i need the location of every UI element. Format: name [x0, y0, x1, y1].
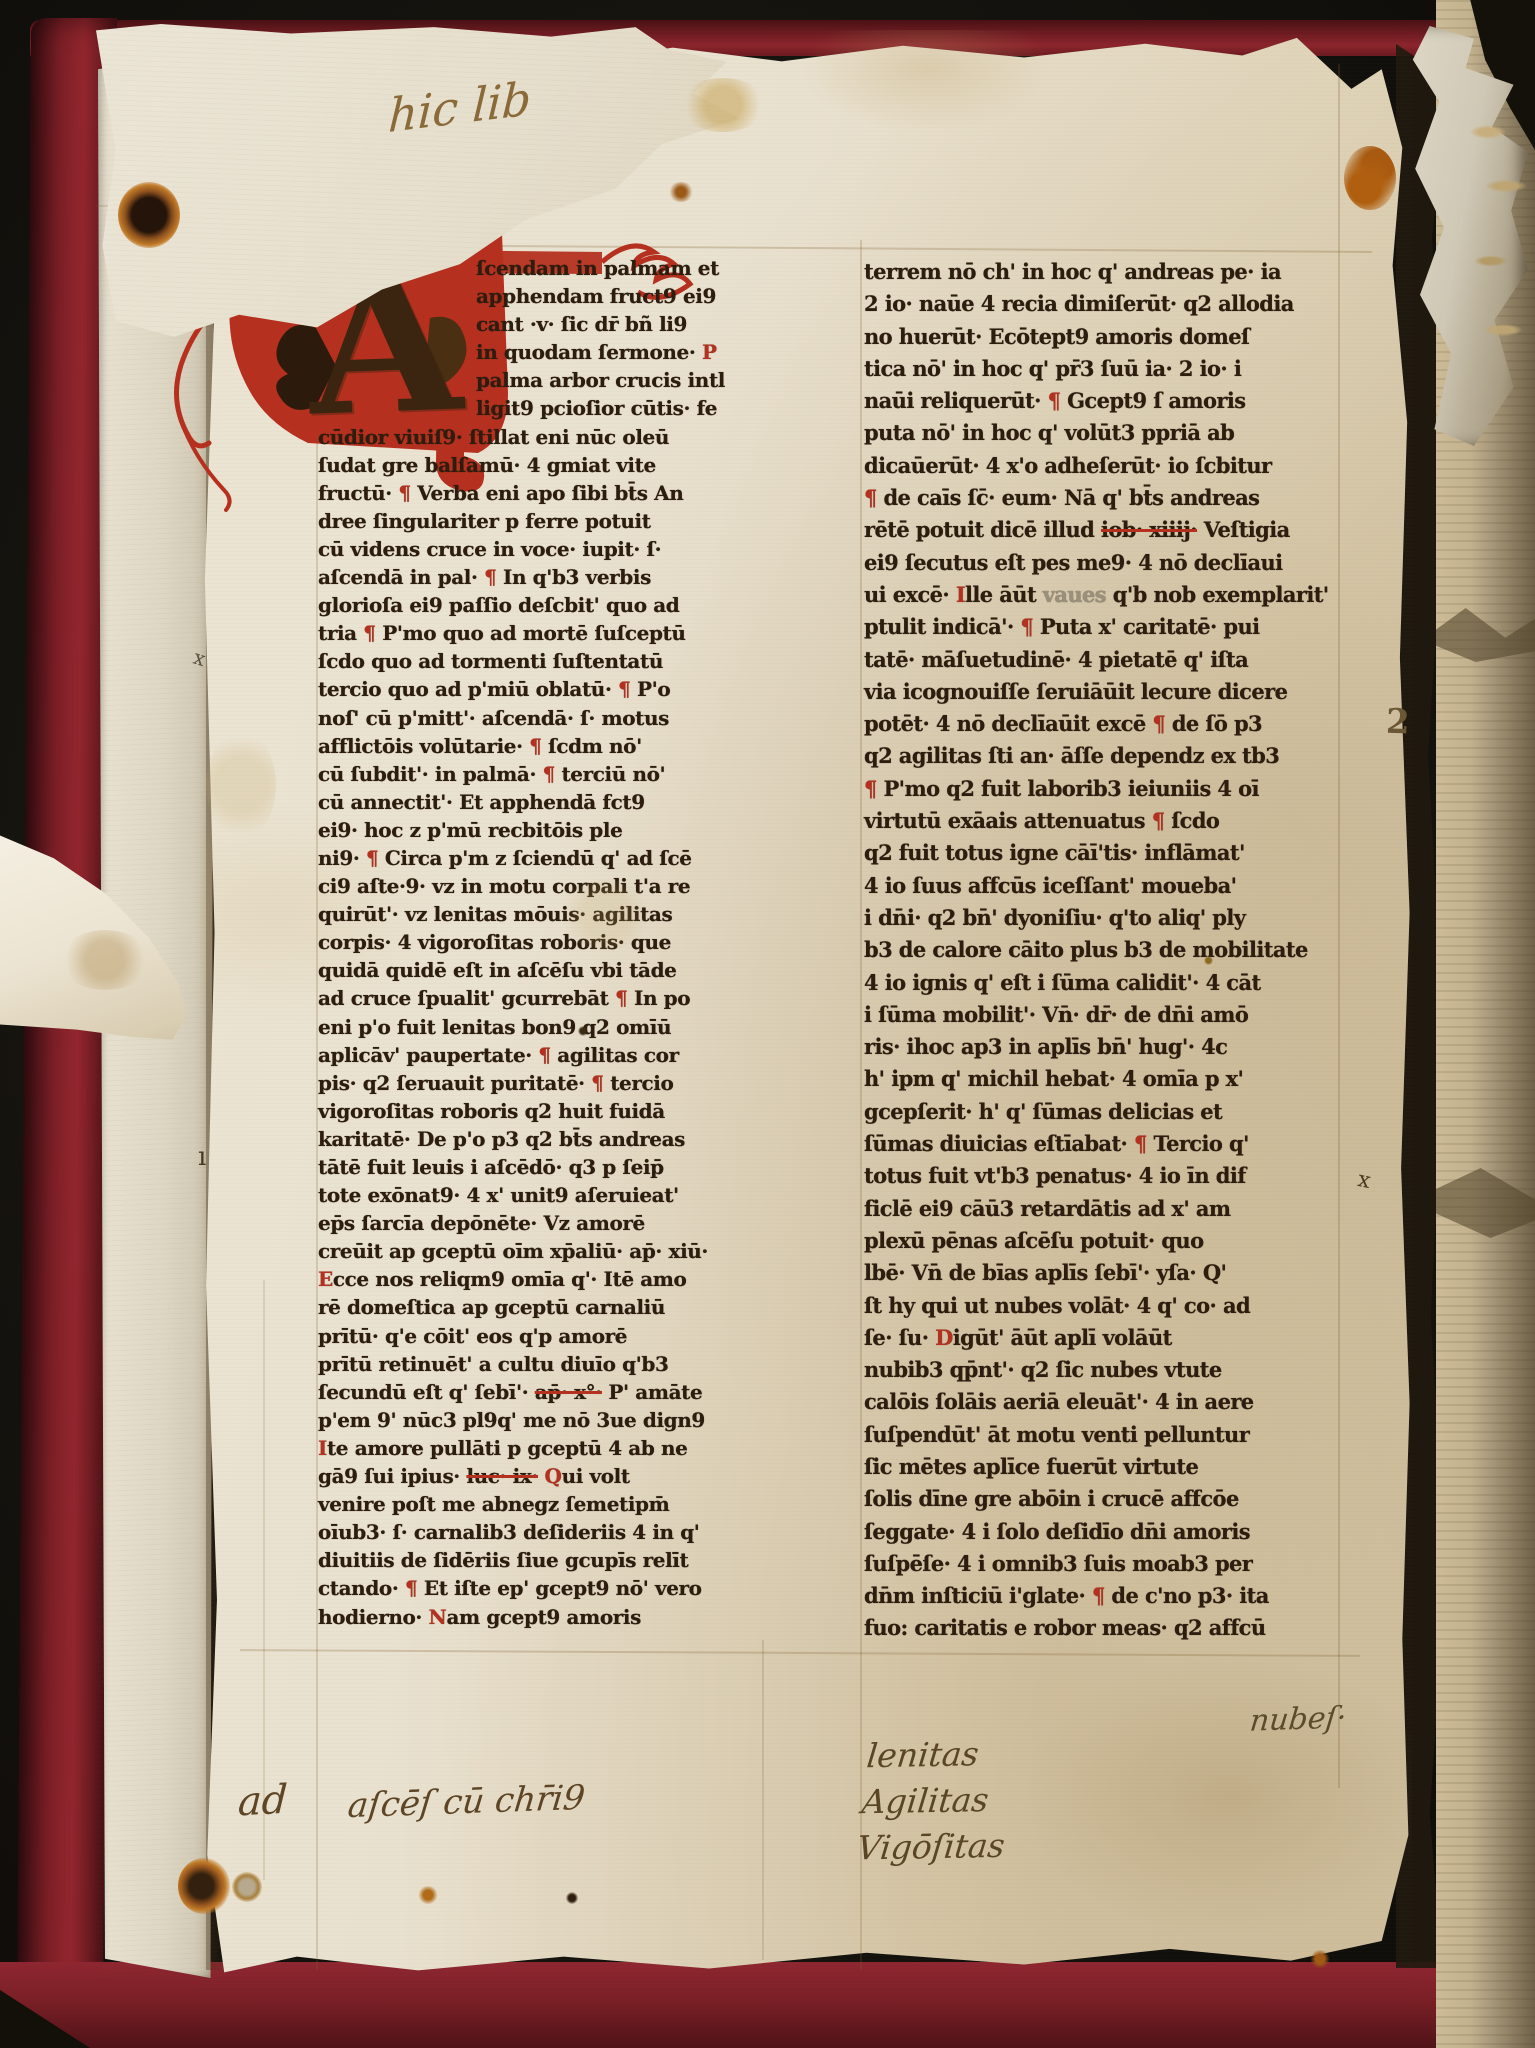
rubric: ¶ [615, 986, 627, 1010]
text-line: ad cruce ſpualit' gcurrebāt ¶ In po [318, 984, 770, 1012]
text-line: dn̄m inſticiū i'glate· ¶ de c'no p3· ita [864, 1580, 1344, 1612]
text-line: p'em 9' nūc3 pl9q' me nō 3ue dign9 [318, 1406, 770, 1434]
text-line: tātē fuit leuis i aſcēdō· q3 p ſeip̄ [318, 1153, 770, 1181]
text-line: quirūt'· vz lenitas mōuis· agilitas [318, 900, 770, 928]
text-line: b3 de calore cāito plus b3 de mobilitate [864, 934, 1344, 966]
text-line: ſolis dīne gre abōin i crucē affcōe [864, 1483, 1344, 1515]
text-line: vigoroſitas roboris q2 huit fuidā [318, 1097, 770, 1125]
text-line: plexū pēnas aſcēſu potuit· quo [864, 1225, 1344, 1257]
rust-dot [418, 1886, 438, 1904]
text-line: no huerūt· Ecōtept9 amoris domeſ [864, 321, 1344, 353]
text-line: rētē potuit dicē illud iob· xiiij· Veſti… [864, 514, 1344, 546]
text-line: prītū retinuēt' a cultu diuīo q'b3 [318, 1350, 770, 1378]
margin-note-ad: ad [237, 1777, 289, 1826]
text-line: ſūmas diuicias eſtīabat· ¶ Tercio q' [864, 1128, 1344, 1160]
text-line: puta nō' in hoc q' volūt3 ppriā ab [864, 417, 1344, 449]
pale-stain [232, 1872, 262, 1902]
rubric: ¶ [366, 846, 378, 870]
text-line: afflictōis volūtarie· ¶ ſcdm nō' [318, 732, 770, 760]
margin-note-nubes: nubeſ· [1248, 1700, 1348, 1739]
text-line: eni p'o fuit lenitas bon9 q2 omīū [318, 1013, 770, 1041]
keyword-vigorositas: Vigōſitas [855, 1823, 1007, 1872]
text-line: ficlē ei9 cāū3 retardātis ad x' am [864, 1193, 1344, 1225]
text-line: q2 agilitas ſti an· āſſe dependz ex tb3 [864, 740, 1344, 772]
text-line: ſe· ſu· Digūt' āūt aplī volāūt [864, 1322, 1344, 1354]
text-line: ſudat gre balſamū· 4 gmiat vite [318, 451, 770, 479]
text-line: ei9· hoc z p'mū recbitōis ple [318, 816, 770, 844]
text-line: noſ' cū p'mitt'· aſcendā· ſ· motus [318, 704, 770, 732]
text-line: tote exōnat9· 4 x' unit9 aſeruieat' [318, 1181, 770, 1209]
text-line: ui excē· Ille āūt vaues q'b nob exemplar… [864, 579, 1344, 611]
rubric: I [318, 1436, 327, 1460]
text-line: cant ·v· ſic dr̄ bñ li9 [318, 310, 770, 338]
text-line: lbē· Vn̄ de bīas aplīs ſebī'· yſa· Q' [864, 1257, 1344, 1289]
text-line: ¶ de caīs ſc̄· eum· Nā q' bt̄s andreas [864, 482, 1344, 514]
text-line: i dn̄i· q2 bn̄' dyoniſiu· q'to aliq' ply [864, 902, 1344, 934]
faded-ink: vaues [1043, 582, 1106, 607]
text-line: ptulit indicā'· ¶ Puta x' caritatē· pui [864, 611, 1344, 643]
text-line: q2 fuit totus igne cāī'tis· inflāmat' [864, 837, 1344, 869]
text-line: pis· q2 ſeruauit puritatē· ¶ tercio [318, 1069, 770, 1097]
margin-keywords: lenitas Agilitas Vigōſitas [855, 1731, 1017, 1872]
rubric: D [935, 1325, 953, 1350]
text-line: ſic mētes aplīce fuerūt virtute [864, 1451, 1344, 1483]
text-line: hodierno· Nam gcept9 amoris [318, 1603, 770, 1631]
text-line: cū ſubdit'· in palmā· ¶ terciū nō' [318, 760, 770, 788]
text-line: totus fuit vt'b3 penatus· 4 io īn dif [864, 1160, 1344, 1192]
text-line: ſcdo quo ad tormenti ſuſtentatū [318, 647, 770, 675]
red-struck-citation: iob· xiiij· [1101, 517, 1197, 542]
text-line: Ecce nos reliqm9 omīa q'· Itē amo [318, 1265, 770, 1293]
manuscript-photo: A ſcendam in palmam etapphendam fruct9 e… [0, 0, 1535, 2048]
text-line: glorioſa ei9 paſſio deſcbit' quo ad [318, 591, 770, 619]
text-line: potēt· 4 nō declīaūit excē ¶ de ſō p3 [864, 708, 1344, 740]
ink-fleck [1204, 956, 1213, 965]
text-line: creūit ap gceptū oīm xp̄aliū· ap̄· xiū· [318, 1237, 770, 1265]
rubric: I [956, 582, 965, 607]
text-line: 4 io ſuus affcūs iceſſant' moueba' [864, 870, 1344, 902]
text-line: ctando· ¶ Et iſte ep' gcept9 nō' vero [318, 1574, 770, 1602]
red-struck-citation: luc· ix· [466, 1464, 538, 1488]
ink-fleck [578, 1026, 588, 1036]
keyword-agilitas: Agilitas [860, 1777, 1012, 1826]
folio-number: 2 [1385, 702, 1410, 743]
rubric: ¶ [1048, 388, 1061, 413]
margin-note-ascensus: aſcēſ cū chr̄i9 [346, 1778, 587, 1826]
text-line: fuo: caritatis e robor meas· q2 affcū [864, 1612, 1344, 1644]
rubric: ¶ [405, 1576, 417, 1600]
text-line: cūdior viuiſ9· ſtillat eni nūc oleū [318, 423, 770, 451]
rubric: ¶ [529, 734, 541, 758]
rubric: ¶ [618, 677, 630, 701]
discoloration [560, 880, 650, 950]
rubric: ¶ [864, 485, 877, 510]
text-line: tercio quo ad p'miū oblatū· ¶ P'o [318, 675, 770, 703]
rubric: E [318, 1267, 333, 1291]
text-line: ſt hy qui ut nubes volāt· 4 q' co· ad [864, 1290, 1344, 1322]
frayed-binding-threads [1470, 96, 1530, 396]
rubric: ¶ [1152, 808, 1165, 833]
text-line: gā9 ſui ipius· luc· ix· Qui volt [318, 1462, 770, 1490]
text-line: in quodam ſermone· P [318, 338, 770, 366]
text-line: dree ſingulariter p ferre potuit [318, 507, 770, 535]
text-column-right: terrem nō ch' in hoc q' andreas pe· ia2 … [864, 256, 1344, 1645]
text-line: via icognouiſſe ſeruiāūit lecure dicere [864, 676, 1344, 708]
text-line: diuitiis de ſidēriis ſiue gcupīs relīt [318, 1546, 770, 1574]
text-line: dicaūerūt· 4 x'o adheſerūt· io ſcbitur [864, 450, 1344, 482]
text-line: 4 io ignis q' eſt i ſūma calidit'· 4 cāt [864, 967, 1344, 999]
text-line: aplicāv' paupertate· ¶ agilitas cor [318, 1041, 770, 1069]
text-line: fructū· ¶ Verba eni apo ſibi bt̄s An [318, 479, 770, 507]
bone-stain [60, 930, 150, 990]
wormhole [566, 1892, 578, 1904]
text-line: aſcendā in pal· ¶ In q'b3 verbis [318, 563, 770, 591]
text-column-left: ſcendam in palmam etapphendam fruct9 ei9… [318, 254, 770, 1631]
text-line: ep̄s ſarcīa depōnēte· Vz amorē [318, 1209, 770, 1237]
text-line: i ſūma mobilit'· Vn̄· dr̄· de dn̄i amō [864, 999, 1344, 1031]
text-line: calōis ſolāis aeriā eleuāt'· 4 in aere [864, 1386, 1344, 1418]
rubric: ¶ [1020, 614, 1033, 639]
rubric: N [429, 1605, 447, 1629]
text-line: corpis· 4 vigoroſitas roboris· que [318, 928, 770, 956]
red-struck-citation: ap̄· x°· [535, 1380, 602, 1404]
text-line: nubib3 qp̄nt'· q2 ſic nubes vtute [864, 1354, 1344, 1386]
ruling-line-vertical [762, 1640, 764, 1960]
text-line: 2 io· naūe 4 recia dimiſerūt· q2 allodia [864, 288, 1344, 320]
text-line: rē domeſtica ap gceptū carnaliū [318, 1293, 770, 1321]
wax-stain [178, 1858, 230, 1914]
text-line: venire poſt me abnegz ſemetipm̄ [318, 1490, 770, 1518]
text-line: Ite amore pullāti p gceptū 4 ab ne [318, 1434, 770, 1462]
text-line: ¶ P'mo q2 fuit laborib3 ieiuniis 4 oī [864, 773, 1344, 805]
rubric: ¶ [398, 481, 410, 505]
text-line: ei9 ſecutus eſt pes me9· 4 nō declīaui [864, 547, 1344, 579]
text-line: karitatē· De p'o p3 q2 bt̄s andreas [318, 1125, 770, 1153]
text-line: tria ¶ P'mo quo ad mortē ſuſceptū [318, 619, 770, 647]
top-edge-stain [680, 78, 766, 132]
rubric: ¶ [1134, 1131, 1147, 1156]
text-line: ci9 aſte·9· vz in motu corpali t'a re [318, 872, 770, 900]
text-line: ſecundū eſt q' ſebī'· ap̄· x°· P' amāte [318, 1378, 770, 1406]
text-line: ris· ihoc ap3 in aplīs bn̄' hug'· 4c [864, 1031, 1344, 1063]
text-line: gcepſerit· h' q' ſūmas delicias et [864, 1096, 1344, 1128]
ink-fleck [668, 182, 694, 202]
text-line: quidā quidē eſt in aſcēſu vbi tāde [318, 956, 770, 984]
text-line: ligit9 pcioſior cūtis· fe [318, 394, 770, 422]
text-line: ſuſpēſe· 4 i omnib3 ſuis moab3 per [864, 1548, 1344, 1580]
text-line: terrem nō ch' in hoc q' andreas pe· ia [864, 256, 1344, 288]
rubric: ¶ [591, 1071, 603, 1095]
rubric: P [702, 340, 717, 364]
keyword-lenitas: lenitas [864, 1731, 1016, 1780]
text-line: ſeggate· 4 i ſolo deſidīo dn̄i amoris [864, 1516, 1344, 1548]
leather-cover-bottom-edge [0, 1962, 1535, 2048]
text-line: tatē· māſuetudinē· 4 pietatē q' iſta [864, 644, 1344, 676]
text-line: cū annectit'· Et apphendā fct9 [318, 788, 770, 816]
rubric: ¶ [864, 776, 877, 801]
text-line: ni9· ¶ Circa p'm z ſciendū q' ad ſcē [318, 844, 770, 872]
discoloration [206, 730, 276, 840]
text-line: oīub3· ſ· carnalib3 deſideriis 4 in q' [318, 1518, 770, 1546]
text-line: tica nō' in hoc q' pr̄3 ſuū ia· 2 io· i [864, 353, 1344, 385]
rubric: ¶ [543, 762, 555, 786]
margin-mark-stroke: ı [198, 1142, 206, 1172]
text-line: ſuſpendūt' āt motu venti pelluntur [864, 1419, 1344, 1451]
rubric: ¶ [484, 565, 496, 589]
rubric: Q [545, 1464, 562, 1488]
text-line: naūi reliquerūt· ¶ Gcept9 ſ amoris [864, 385, 1344, 417]
rust-dot [1310, 1950, 1330, 1968]
rubric: ¶ [538, 1043, 550, 1067]
text-line: cū videns cruce in voce· iupit· ſ· [318, 535, 770, 563]
text-line: h' ipm q' michil hebat· 4 omīa p x' [864, 1063, 1344, 1095]
burn-hole-stain [118, 182, 180, 248]
rubric: ¶ [363, 621, 375, 645]
text-line: virtutū exāais attenuatus ¶ ſcdo [864, 805, 1344, 837]
text-line: palma arbor crucis intl [318, 366, 770, 394]
rubric: ¶ [1092, 1583, 1105, 1608]
text-line: prītū· q'e cōit' eos q'p amorē [318, 1322, 770, 1350]
rust-stain [1344, 146, 1396, 210]
ruling-line-vertical [860, 240, 862, 1970]
rubric: ¶ [1152, 711, 1165, 736]
